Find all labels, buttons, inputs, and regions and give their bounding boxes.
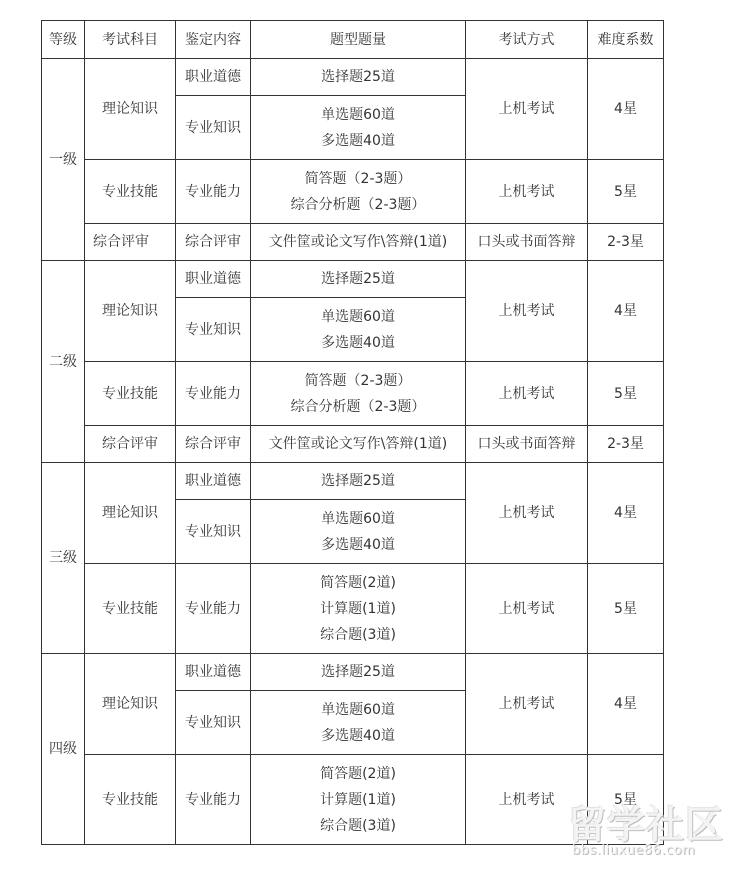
- header-question-types: 题型题量: [251, 21, 466, 59]
- subject-cell: 专业技能: [85, 564, 176, 654]
- difficulty-cell: 2-3星: [588, 426, 664, 463]
- question-line: 单选题60道: [253, 506, 463, 532]
- table-row: 专业技能 专业能力 简答题(2道) 计算题(1道) 综合题(3道) 上机考试 5…: [42, 564, 664, 654]
- table-row: 专业技能 专业能力 简答题(2道) 计算题(1道) 综合题(3道) 上机考试 5…: [42, 755, 664, 845]
- question-line: 计算题(1道): [253, 596, 463, 622]
- question-line: 综合分析题（2-3题）: [253, 394, 463, 420]
- questions-cell: 简答题（2-3题） 综合分析题（2-3题）: [251, 362, 466, 426]
- question-line: 简答题（2-3题）: [253, 166, 463, 192]
- questions-cell: 文件筐或论文写作\答辩(1道): [251, 426, 466, 463]
- method-cell: 上机考试: [466, 261, 588, 362]
- method-cell: 上机考试: [466, 755, 588, 845]
- content-cell: 综合评审: [176, 426, 251, 463]
- subject-cell: 理论知识: [85, 261, 176, 362]
- question-line: 多选题40道: [253, 532, 463, 558]
- method-cell: 上机考试: [466, 564, 588, 654]
- question-line: 多选题40道: [253, 128, 463, 154]
- method-cell: 上机考试: [466, 463, 588, 564]
- level-cell: 二级: [42, 261, 85, 463]
- questions-cell: 选择题25道: [251, 59, 466, 96]
- table-row: 四级 理论知识 职业道德 选择题25道 上机考试 4星: [42, 654, 664, 691]
- method-cell: 上机考试: [466, 654, 588, 755]
- subject-cell: 理论知识: [85, 654, 176, 755]
- exam-levels-table: 等级 考试科目 鉴定内容 题型题量 考试方式 难度系数 一级 理论知识 职业道德…: [41, 20, 664, 845]
- method-cell: 上机考试: [466, 160, 588, 224]
- level-cell: 一级: [42, 59, 85, 261]
- questions-cell: 简答题(2道) 计算题(1道) 综合题(3道): [251, 564, 466, 654]
- content-cell: 专业能力: [176, 755, 251, 845]
- question-line: 综合题(3道): [253, 622, 463, 648]
- difficulty-cell: 5星: [588, 160, 664, 224]
- difficulty-cell: 4星: [588, 59, 664, 160]
- questions-cell: 单选题60道 多选题40道: [251, 500, 466, 564]
- content-cell: 职业道德: [176, 59, 251, 96]
- difficulty-cell: 5星: [588, 362, 664, 426]
- content-cell: 专业知识: [176, 298, 251, 362]
- questions-cell: 简答题(2道) 计算题(1道) 综合题(3道): [251, 755, 466, 845]
- content-cell: 职业道德: [176, 261, 251, 298]
- table-row: 综合评审 综合评审 文件筐或论文写作\答辩(1道) 口头或书面答辩 2-3星: [42, 426, 664, 463]
- question-line: 单选题60道: [253, 102, 463, 128]
- header-exam-method: 考试方式: [466, 21, 588, 59]
- table-row: 综合评审 综合评审 文件筐或论文写作\答辩(1道) 口头或书面答辩 2-3星: [42, 224, 664, 261]
- table-header-row: 等级 考试科目 鉴定内容 题型题量 考试方式 难度系数: [42, 21, 664, 59]
- content-cell: 专业能力: [176, 564, 251, 654]
- table-row: 专业技能 专业能力 简答题（2-3题） 综合分析题（2-3题） 上机考试 5星: [42, 362, 664, 426]
- table-row: 三级 理论知识 职业道德 选择题25道 上机考试 4星: [42, 463, 664, 500]
- question-line: 单选题60道: [253, 304, 463, 330]
- subject-cell: 综合评审: [85, 224, 176, 261]
- level-cell: 四级: [42, 654, 85, 845]
- difficulty-cell: 4星: [588, 654, 664, 755]
- questions-cell: 选择题25道: [251, 654, 466, 691]
- question-line: 单选题60道: [253, 697, 463, 723]
- header-level: 等级: [42, 21, 85, 59]
- content-cell: 专业能力: [176, 362, 251, 426]
- subject-cell: 专业技能: [85, 362, 176, 426]
- question-line: 简答题（2-3题）: [253, 368, 463, 394]
- questions-cell: 简答题（2-3题） 综合分析题（2-3题）: [251, 160, 466, 224]
- table-row: 专业技能 专业能力 简答题（2-3题） 综合分析题（2-3题） 上机考试 5星: [42, 160, 664, 224]
- question-line: 多选题40道: [253, 330, 463, 356]
- question-line: 计算题(1道): [253, 787, 463, 813]
- method-cell: 上机考试: [466, 362, 588, 426]
- question-line: 综合分析题（2-3题）: [253, 192, 463, 218]
- content-cell: 综合评审: [176, 224, 251, 261]
- watermark-site: bbs.liuxue86.com: [572, 843, 695, 858]
- difficulty-cell: 4星: [588, 261, 664, 362]
- level-cell: 三级: [42, 463, 85, 654]
- difficulty-cell: 5星: [588, 564, 664, 654]
- table-row: 一级 理论知识 职业道德 选择题25道 上机考试 4星: [42, 59, 664, 96]
- content-cell: 职业道德: [176, 654, 251, 691]
- header-difficulty: 难度系数: [588, 21, 664, 59]
- difficulty-cell: 5星: [588, 755, 664, 845]
- questions-cell: 单选题60道 多选题40道: [251, 691, 466, 755]
- header-content: 鉴定内容: [176, 21, 251, 59]
- method-cell: 口头或书面答辩: [466, 426, 588, 463]
- content-cell: 专业能力: [176, 160, 251, 224]
- question-line: 简答题(2道): [253, 570, 463, 596]
- method-cell: 上机考试: [466, 59, 588, 160]
- difficulty-cell: 4星: [588, 463, 664, 564]
- questions-cell: 选择题25道: [251, 261, 466, 298]
- method-cell: 口头或书面答辩: [466, 224, 588, 261]
- questions-cell: 文件筐或论文写作\答辩(1道): [251, 224, 466, 261]
- questions-cell: 单选题60道 多选题40道: [251, 298, 466, 362]
- subject-cell: 综合评审: [85, 426, 176, 463]
- question-line: 多选题40道: [253, 723, 463, 749]
- content-cell: 专业知识: [176, 96, 251, 160]
- questions-cell: 单选题60道 多选题40道: [251, 96, 466, 160]
- content-cell: 专业知识: [176, 500, 251, 564]
- question-line: 综合题(3道): [253, 813, 463, 839]
- content-cell: 专业知识: [176, 691, 251, 755]
- difficulty-cell: 2-3星: [588, 224, 664, 261]
- subject-cell: 专业技能: [85, 755, 176, 845]
- content-cell: 职业道德: [176, 463, 251, 500]
- subject-cell: 理论知识: [85, 59, 176, 160]
- subject-cell: 理论知识: [85, 463, 176, 564]
- header-subject: 考试科目: [85, 21, 176, 59]
- subject-cell: 专业技能: [85, 160, 176, 224]
- table-row: 二级 理论知识 职业道德 选择题25道 上机考试 4星: [42, 261, 664, 298]
- questions-cell: 选择题25道: [251, 463, 466, 500]
- question-line: 简答题(2道): [253, 761, 463, 787]
